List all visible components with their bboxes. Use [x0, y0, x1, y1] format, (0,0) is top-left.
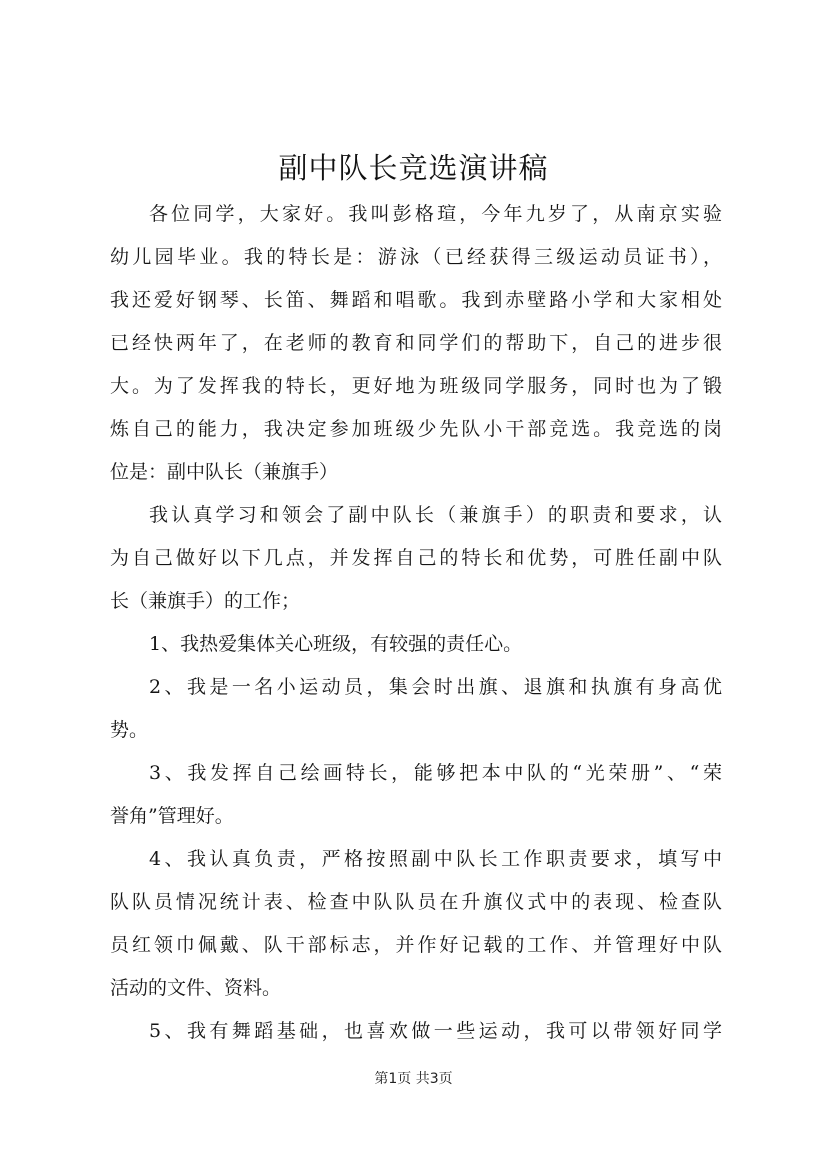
text-line: 长（兼旗手）的工作； — [110, 580, 722, 623]
text-line: 势。 — [110, 709, 722, 752]
text-line: 为自己做好以下几点，并发挥自己的特长和优势，可胜任副中队 — [110, 537, 722, 580]
paragraph-intro: 各位同学，大家好。我叫彭格瑄，今年九岁了，从南京实验 幼儿园毕业。我的特长是：游… — [110, 193, 722, 494]
list-item-4: 4、我认真负责，严格按照副中队长工作职责要求，填写中 队队员情况统计表、检查中队… — [110, 838, 722, 1010]
text-line: 已经快两年了，在老师的教育和同学们的帮助下，自己的进步很 — [110, 322, 722, 365]
text-line: 誉角”管理好。 — [110, 795, 722, 838]
list-item-2: 2、我是一名小运动员，集会时出旗、退旗和执旗有身高优 势。 — [110, 666, 722, 752]
document-body: 各位同学，大家好。我叫彭格瑄，今年九岁了，从南京实验 幼儿园毕业。我的特长是：游… — [110, 193, 722, 1053]
document-title: 副中队长竞选演讲稿 — [0, 148, 827, 188]
text-line: 炼自己的能力，我决定参加班级少先队小干部竞选。我竞选的岗 — [110, 408, 722, 451]
list-item-1: 1、我热爱集体关心班级，有较强的责任心。 — [110, 623, 722, 666]
text-line: 1、我热爱集体关心班级，有较强的责任心。 — [110, 623, 722, 666]
text-line: 员红领巾佩戴、队干部标志，并作好记载的工作、并管理好中队 — [110, 924, 722, 967]
text-line: 活动的文件、资料。 — [110, 967, 722, 1010]
text-line: 5、我有舞蹈基础，也喜欢做一些运动，我可以带领好同学 — [110, 1010, 722, 1053]
text-line: 3、我发挥自己绘画特长，能够把本中队的“光荣册”、“荣 — [110, 752, 722, 795]
text-line: 位是：副中队长（兼旗手） — [110, 451, 722, 494]
text-line: 我还爱好钢琴、长笛、舞蹈和唱歌。我到赤壁路小学和大家相处 — [110, 279, 722, 322]
list-item-5: 5、我有舞蹈基础，也喜欢做一些运动，我可以带领好同学 — [110, 1010, 722, 1053]
page-indicator: 第1页 共3页 — [0, 1069, 827, 1089]
text-line: 大。为了发挥我的特长，更好地为班级同学服务，同时也为了锻 — [110, 365, 722, 408]
text-line: 队队员情况统计表、检查中队队员在升旗仪式中的表现、检查队 — [110, 881, 722, 924]
list-item-3: 3、我发挥自己绘画特长，能够把本中队的“光荣册”、“荣 誉角”管理好。 — [110, 752, 722, 838]
paragraph-understanding: 我认真学习和领会了副中队长（兼旗手）的职责和要求，认 为自己做好以下几点，并发挥… — [110, 494, 722, 623]
document-page: 副中队长竞选演讲稿 各位同学，大家好。我叫彭格瑄，今年九岁了，从南京实验 幼儿园… — [0, 0, 827, 1170]
text-line: 幼儿园毕业。我的特长是：游泳（已经获得三级运动员证书）， — [110, 236, 722, 279]
text-line: 我认真学习和领会了副中队长（兼旗手）的职责和要求，认 — [110, 494, 722, 537]
text-line: 各位同学，大家好。我叫彭格瑄，今年九岁了，从南京实验 — [110, 193, 722, 236]
text-line: 2、我是一名小运动员，集会时出旗、退旗和执旗有身高优 — [110, 666, 722, 709]
text-line: 4、我认真负责，严格按照副中队长工作职责要求，填写中 — [110, 838, 722, 881]
